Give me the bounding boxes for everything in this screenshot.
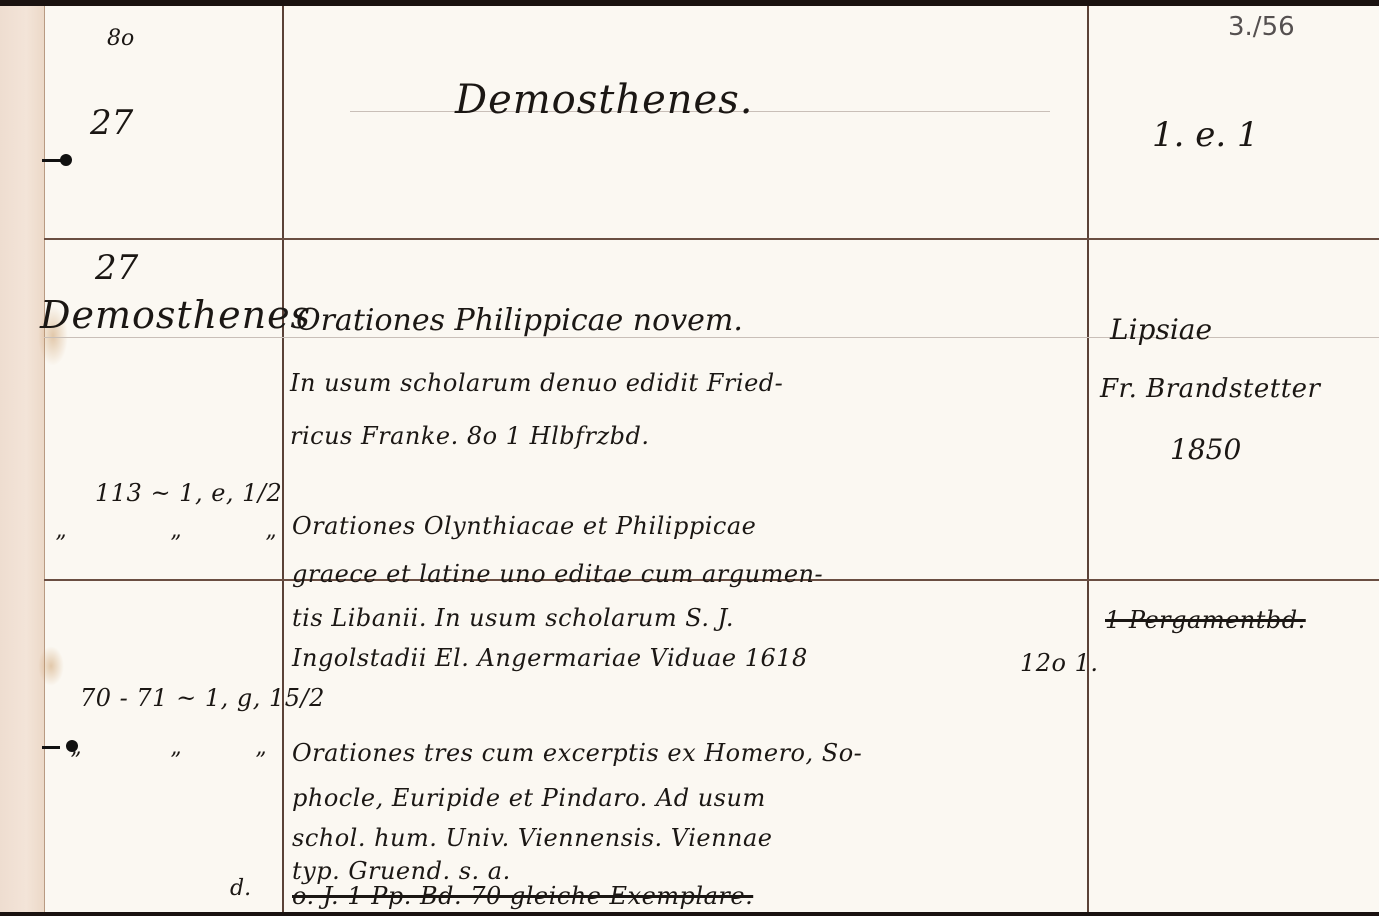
ditto-mark: ”	[70, 751, 81, 773]
ditto-mark: ”	[55, 534, 66, 556]
row-divider-1	[44, 238, 1379, 240]
author-heading: Demosthenes.	[455, 80, 753, 120]
entry2-line-1: Orationes Olynthiacae et Philippicae	[292, 514, 756, 538]
entry1-publisher: Fr. Brandstetter	[1100, 376, 1320, 402]
entry2-line-5: 12o 1.	[1020, 651, 1099, 675]
entry3-line-1: Orationes tres cum excerptis ex Homero, …	[292, 741, 862, 765]
entry2-line-3: tis Libanii. In usum scholarum S. J.	[292, 606, 734, 630]
entry2-line-2: graece et latine uno editae cum argumen-	[292, 562, 823, 586]
entry1-year: 1850	[1170, 436, 1241, 464]
ink-mark	[42, 746, 60, 749]
entry1-number: 27	[95, 251, 138, 285]
entry3-line-3: schol. hum. Univ. Viennensis. Viennae	[292, 826, 773, 850]
entry1-line-2: ricus Franke. 8o 1 Hlbfrzbd.	[290, 424, 649, 448]
entry1-line-1: In usum scholarum denuo edidit Fried-	[290, 371, 783, 395]
column-divider-left	[282, 6, 284, 912]
entry3-location-number: 70 - 71 ~ 1, g, 15/2	[80, 686, 325, 710]
entry3-line-2: phocle, Euripide et Pindaro. Ad usum	[292, 786, 766, 810]
catalog-card: 3./56 8o 27 Demosthenes. 1. e. 1 27 Demo…	[0, 6, 1379, 912]
entry3-left-foot: d.	[230, 878, 251, 900]
entry1-author: Demosthenes	[40, 296, 311, 334]
ditto-mark: ”	[265, 534, 276, 556]
entry2-struck-binding-note: 1 Pergamentbd.	[1105, 608, 1306, 632]
ditto-mark: ”	[255, 751, 266, 773]
entry1-place: Lipsiae	[1110, 316, 1212, 344]
ditto-mark: ”	[170, 534, 181, 556]
format-label: 8o	[107, 28, 134, 50]
shelfmark: 1. e. 1	[1152, 118, 1259, 152]
header-number: 27	[90, 106, 133, 140]
age-stain	[38, 646, 64, 686]
ditto-mark: ”	[170, 751, 181, 773]
entry2-line-4: Ingolstadii El. Angermariae Viduae 1618	[292, 646, 808, 670]
entry2-location-number: 113 ~ 1, e, 1/2	[95, 481, 282, 505]
entry1-title: Orationes Philippicae novem.	[296, 306, 743, 336]
entry3-struck-line: o. J. 1 Pp. Bd. 70 gleiche Exemplare.	[292, 884, 753, 908]
column-divider-right	[1087, 6, 1089, 912]
entry3-line-4: typ. Gruend. s. a.	[292, 859, 511, 883]
binding-strip	[0, 6, 45, 912]
archive-number: 3./56	[1228, 14, 1295, 40]
ink-dot	[60, 154, 72, 166]
